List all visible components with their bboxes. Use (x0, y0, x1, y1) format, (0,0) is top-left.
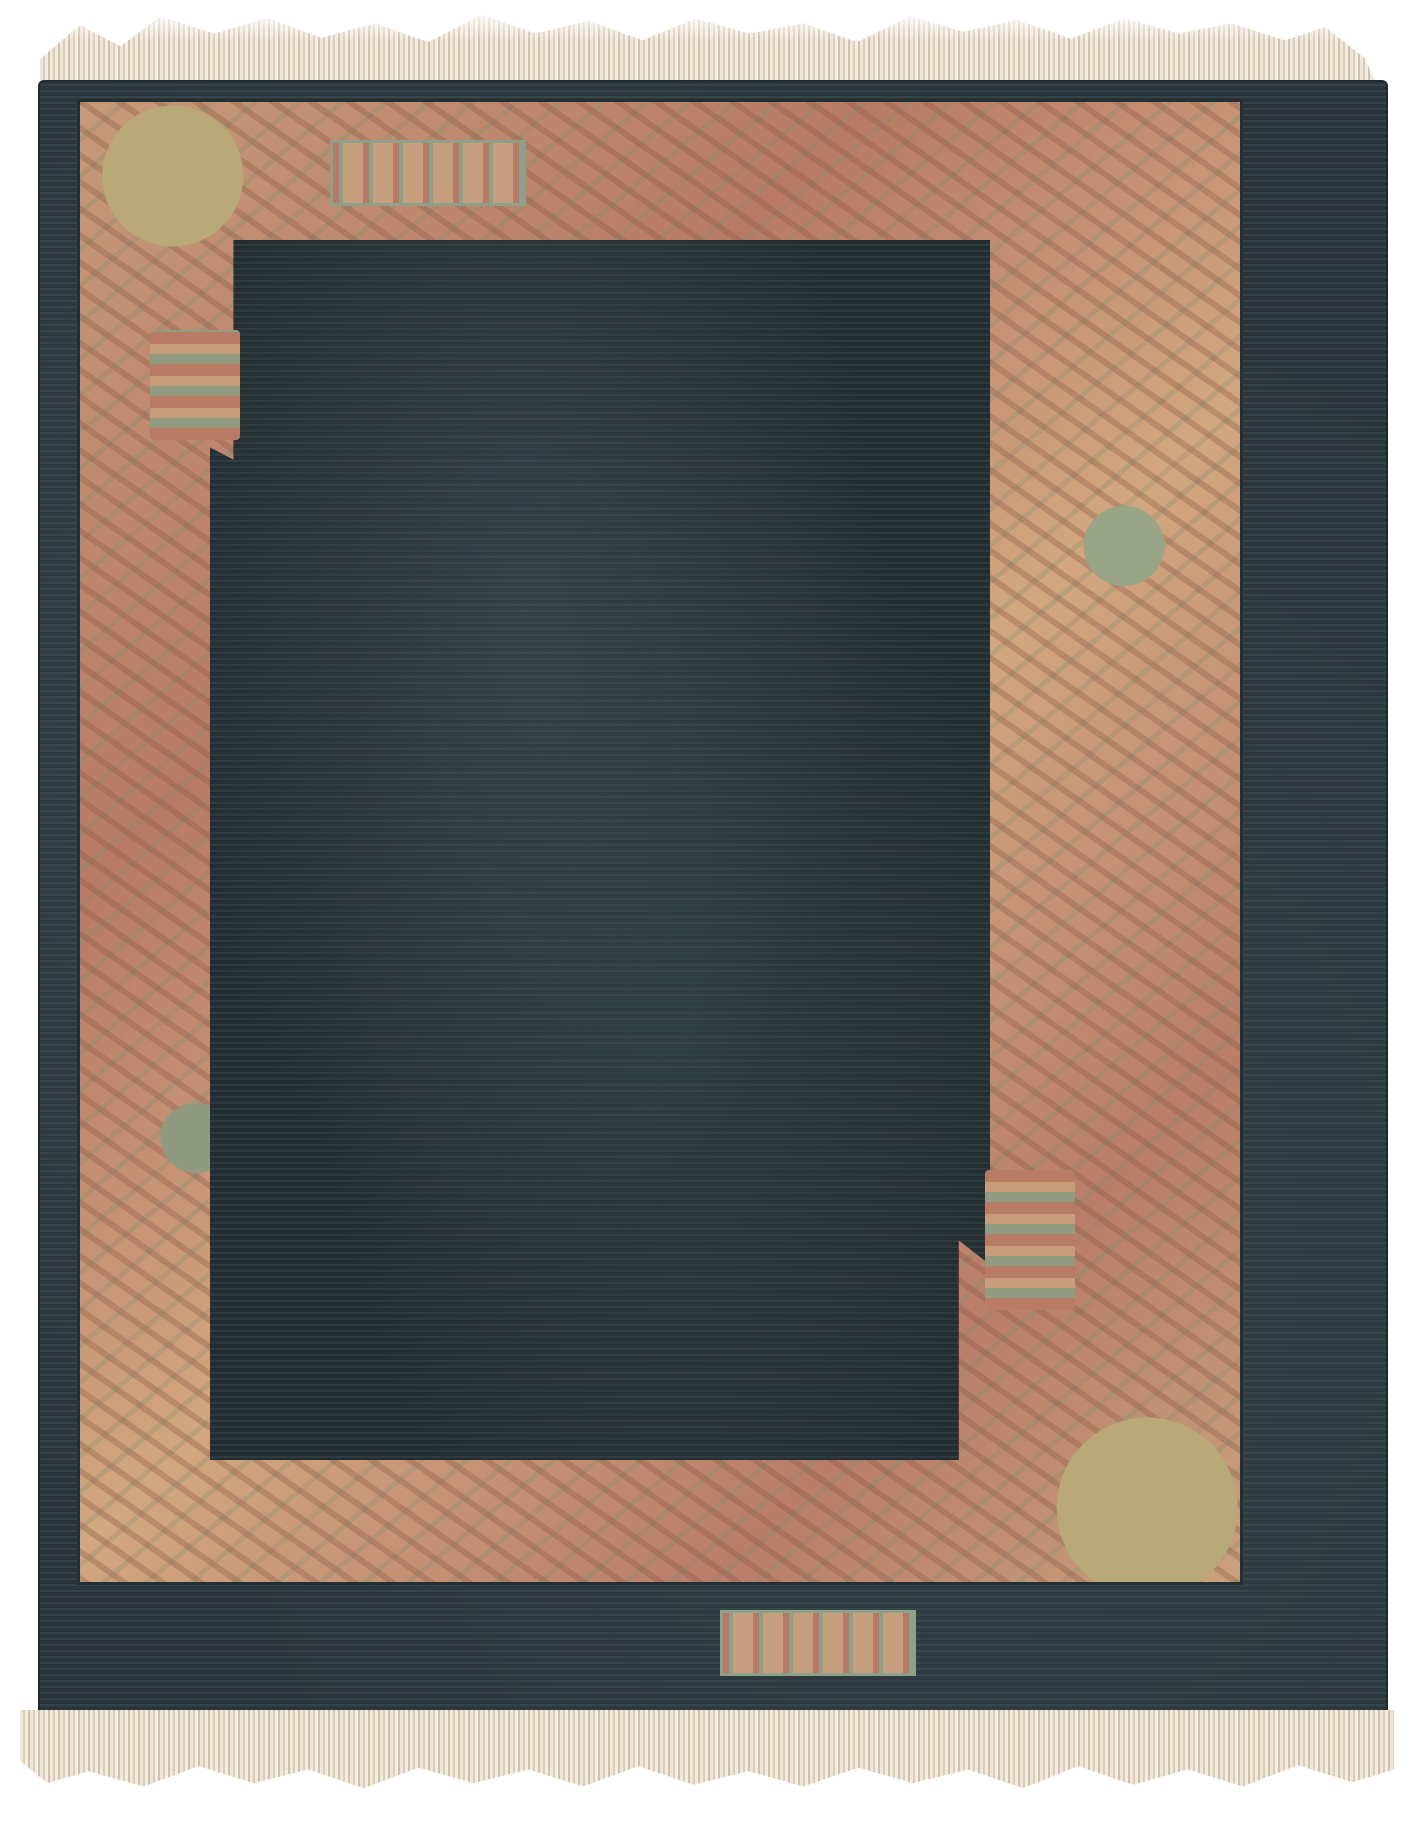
greek-key-panel-bottom (720, 1610, 916, 1676)
pagoda-motif-bottom-right (985, 1170, 1075, 1310)
greek-key-panel-top (330, 140, 526, 206)
bottom-fringe (20, 1710, 1394, 1795)
pagoda-motif-top-left (150, 330, 240, 440)
rug-field (210, 240, 990, 1460)
